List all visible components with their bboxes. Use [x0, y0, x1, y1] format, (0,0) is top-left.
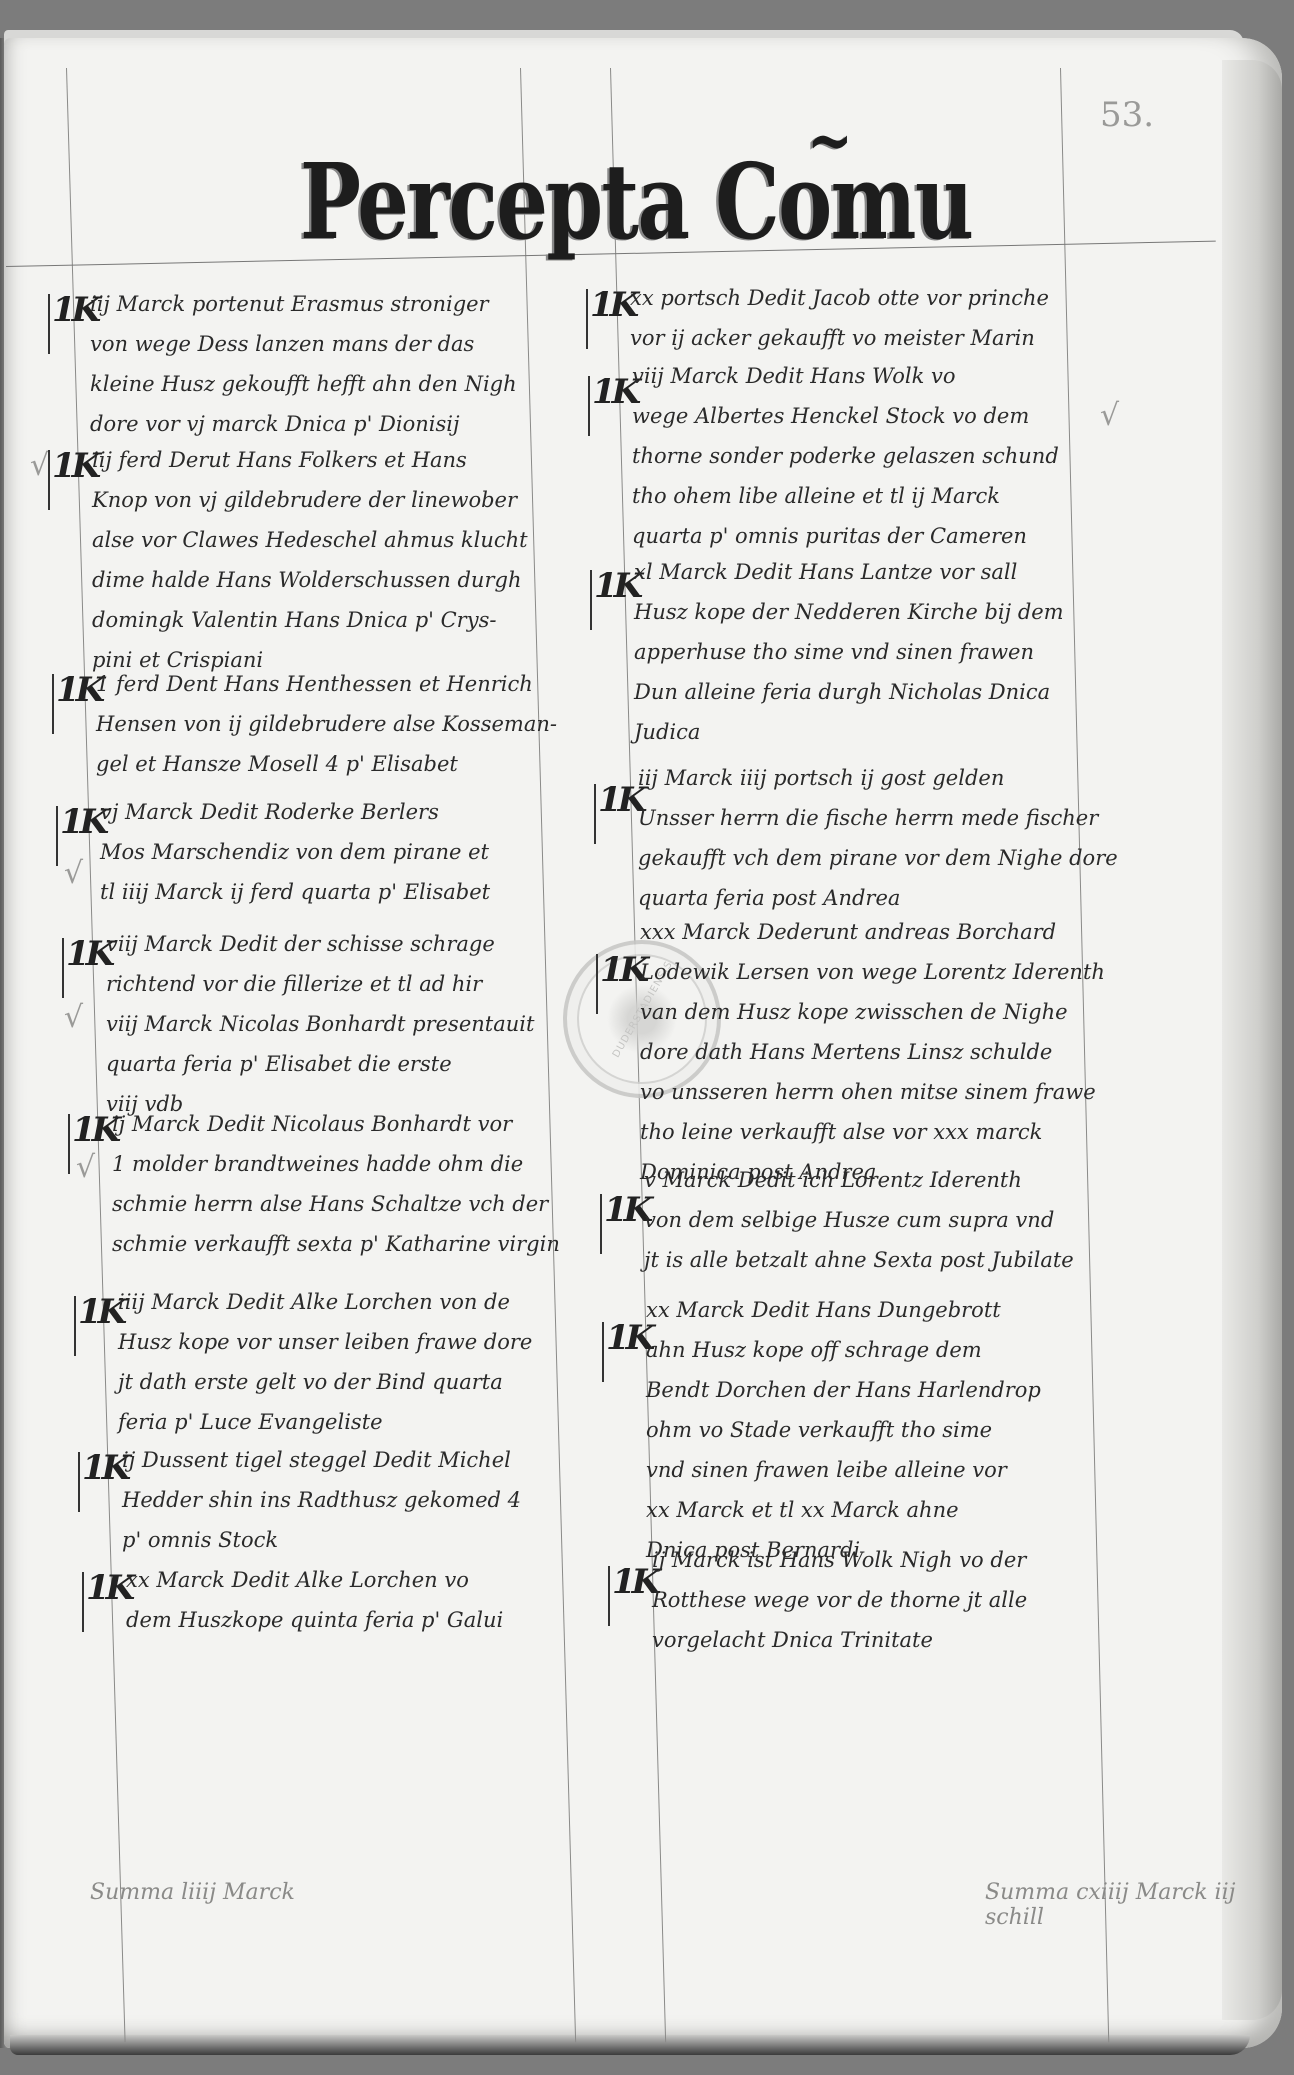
entry-line: gekaufft vch dem pirane vor dem Nighe do…	[638, 838, 1118, 878]
ledger-entry: 1 ferd Dent Hans Henthessen et Henrich H…	[96, 664, 557, 784]
entry-line: 1 ferd Dent Hans Henthessen et Henrich	[96, 664, 557, 704]
entry-marker: 1K	[78, 1292, 123, 1332]
entry-line: thorne sonder poderke gelaszen schund	[632, 436, 1059, 476]
entry-line: xx Marck et tl xx Marck ahne	[646, 1490, 1041, 1530]
entry-line: v Marck Dedit ich Lorentz Iderenth	[644, 1160, 1074, 1200]
abbreviation-mark: ~	[807, 98, 851, 181]
entry-line: Knop von vj gildebrudere der linewober	[92, 480, 528, 520]
entry-line: ij Marck ist Hans Wolk Nigh vo der	[652, 1540, 1027, 1580]
entry-line: gel et Hansze Mosell 4 p' Elisabet	[96, 744, 557, 784]
entry-marker: 1K	[612, 1562, 657, 1602]
entry-line: Husz kope der Nedderen Kirche bij dem	[634, 592, 1064, 632]
entry-line: iij ferd Derut Hans Folkers et Hans	[92, 440, 528, 480]
ledger-entry: ij Dussent tigel steggel Dedit Michel He…	[122, 1440, 521, 1560]
ledger-entry: viij Marck Dedit der schisse schrage ric…	[106, 924, 534, 1124]
entry-line: viij Marck Nicolas Bonhardt presentauit	[106, 1004, 534, 1044]
entry-marker: 1K	[598, 780, 643, 820]
entry-marker: 1K	[72, 1110, 117, 1150]
entry-line: Bendt Dorchen der Hans Harlendrop	[646, 1370, 1041, 1410]
entry-line: kleine Husz gekoufft hefft ahn den Nigh	[90, 364, 517, 404]
entry-line: vnd sinen frawen leibe alleine vor	[646, 1450, 1041, 1490]
entry-line: domingk Valentin Hans Dnica p' Crys-	[92, 600, 528, 640]
check-mark-icon: √	[64, 1000, 83, 1035]
entry-line: Hedder shin ins Radthusz gekomed 4	[122, 1480, 521, 1520]
entry-marker: 1K	[590, 285, 635, 325]
entry-line: dem Huszkope quinta feria p' Galui	[126, 1600, 503, 1640]
ledger-entry: ij Marck Dedit Nicolaus Bonhardt vor 1 m…	[112, 1104, 560, 1264]
ledger-entry: iiij Marck Dedit Alke Lorchen von de Hus…	[118, 1282, 532, 1442]
entry-line: p' omnis Stock	[122, 1520, 521, 1560]
entry-line: apperhuse tho sime vnd sinen frawen	[634, 632, 1064, 672]
entry-line: dore vor vj marck Dnica p' Dionisij	[90, 404, 517, 444]
ledger-entry: xl Marck Dedit Hans Lantze vor sall Husz…	[634, 552, 1064, 752]
entry-marker: 1K	[594, 566, 639, 606]
check-mark-icon: √	[64, 856, 83, 891]
entry-line: Unsser herrn die fische herrn mede fisch…	[638, 798, 1118, 838]
entry-line: Hensen von ij gildebrudere alse Kosseman…	[96, 704, 557, 744]
entry-line: tl iiij Marck ij ferd quarta p' Elisabet	[100, 872, 490, 912]
entry-line: Dun alleine feria durgh Nicholas Dnica	[634, 672, 1064, 712]
entry-line: alse vor Clawes Hedeschel ahmus klucht	[92, 520, 528, 560]
check-mark-icon: √	[1100, 398, 1119, 433]
entry-line: schmie herrn alse Hans Schaltze vch der	[112, 1184, 560, 1224]
ledger-entry: xx Marck Dedit Hans Dungebrott ahn Husz …	[646, 1290, 1041, 1570]
entry-line: viij Marck Dedit Hans Wolk vo	[632, 356, 1059, 396]
entry-line: vorgelacht Dnica Trinitate	[652, 1620, 1027, 1660]
entry-line: xxx Marck Dederunt andreas Borchard	[640, 912, 1105, 952]
ledger-entry: v Marck Dedit ich Lorentz Iderenth von d…	[644, 1160, 1074, 1280]
ledger-entry: xx portsch Dedit Jacob otte vor prinche …	[630, 278, 1049, 358]
entry-line: xx portsch Dedit Jacob otte vor prinche	[630, 278, 1049, 318]
entry-line: ij Dussent tigel steggel Dedit Michel	[122, 1440, 521, 1480]
entry-line: iij Marck iiij portsch ij gost gelden	[638, 758, 1118, 798]
entry-line: viij Marck Dedit der schisse schrage	[106, 924, 534, 964]
entry-line: ij Marck Dedit Nicolaus Bonhardt vor	[112, 1104, 560, 1144]
entry-line: van dem Husz kope zwisschen de Nighe	[640, 992, 1105, 1032]
ledger-entry: vj Marck Dedit Roderke Berlers Mos Marsc…	[100, 792, 490, 912]
entry-marker: 1K	[592, 372, 637, 412]
ledger-entry: iij ferd Derut Hans Folkers et Hans Knop…	[92, 440, 528, 680]
entry-line: tho leine verkaufft alse vor xxx marck	[640, 1112, 1105, 1152]
entry-line: Mos Marschendiz von dem pirane et	[100, 832, 490, 872]
entry-line: iiij Marck Dedit Alke Lorchen von de	[118, 1282, 532, 1322]
entry-line: iij Marck portenut Erasmus stroniger	[90, 284, 517, 324]
page-heading: Percepta Comu ~	[300, 140, 972, 263]
left-column-total: Summa liiij Marck	[90, 1880, 295, 1905]
entry-line: 1 molder brandtweines hadde ohm die	[112, 1144, 560, 1184]
entry-line: xx Marck Dedit Hans Dungebrott	[646, 1290, 1041, 1330]
ledger-entry: viij Marck Dedit Hans Wolk vo wege Alber…	[632, 356, 1059, 556]
entry-line: jt dath erste gelt vo der Bind quarta	[118, 1362, 532, 1402]
entry-marker: 1K	[604, 1190, 649, 1230]
entry-line: dore dath Hans Mertens Linsz schulde	[640, 1032, 1105, 1072]
check-mark-icon: √	[76, 1150, 95, 1185]
entry-line: vj Marck Dedit Roderke Berlers	[100, 792, 490, 832]
entry-line: jt is alle betzalt ahne Sexta post Jubil…	[644, 1240, 1074, 1280]
ledger-entry: xxx Marck Dederunt andreas Borchard Lode…	[640, 912, 1105, 1192]
entry-marker: 1K	[66, 934, 111, 974]
entry-line: von wege Dess lanzen mans der das	[90, 324, 517, 364]
entry-marker: 1K	[60, 802, 105, 842]
entry-marker: 1K	[600, 950, 645, 990]
entry-marker: 1K	[86, 1568, 131, 1608]
entry-line: vor ij acker gekaufft vo meister Marin	[630, 318, 1049, 358]
folio-number: 53.	[1100, 95, 1154, 135]
check-mark-icon: √	[30, 448, 49, 483]
entry-line: feria p' Luce Evangeliste	[118, 1402, 532, 1442]
entry-line: quarta p' omnis puritas der Cameren	[632, 516, 1059, 556]
entry-line: ahn Husz kope off schrage dem	[646, 1330, 1041, 1370]
entry-line: Rotthese wege vor de thorne jt alle	[652, 1580, 1027, 1620]
entry-line: Judica	[634, 712, 1064, 752]
entry-line: von dem selbige Husze cum supra vnd	[644, 1200, 1074, 1240]
entry-line: dime halde Hans Wolderschussen durgh	[92, 560, 528, 600]
entry-line: vo unsseren herrn ohen mitse sinem frawe	[640, 1072, 1105, 1112]
ledger-entry: iij Marck portenut Erasmus stroniger von…	[90, 284, 517, 444]
ledger-entry: iij Marck iiij portsch ij gost gelden Un…	[638, 758, 1118, 918]
page-bottom-edge	[10, 2035, 1250, 2055]
entry-line: richtend vor die fillerize et tl ad hir	[106, 964, 534, 1004]
entry-marker: 1K	[82, 1448, 127, 1488]
entry-line: wege Albertes Henckel Stock vo dem	[632, 396, 1059, 436]
entry-line: Husz kope vor unser leiben frawe dore	[118, 1322, 532, 1362]
entry-line: schmie verkaufft sexta p' Katharine virg…	[112, 1224, 560, 1264]
entry-line: ohm vo Stade verkaufft tho sime	[646, 1410, 1041, 1450]
page-fore-edge	[1222, 60, 1282, 2020]
entry-marker: 1K	[606, 1318, 651, 1358]
ledger-entry: ij Marck ist Hans Wolk Nigh vo der Rotth…	[652, 1540, 1027, 1660]
right-column-total: Summa cxiiij Marck iij schill	[985, 1880, 1294, 1930]
entry-marker: 1K	[56, 670, 101, 710]
entry-line: quarta feria p' Elisabet die erste	[106, 1044, 534, 1084]
entry-line: tho ohem libe alleine et tl ij Marck	[632, 476, 1059, 516]
entry-line: Lodewik Lersen von wege Lorentz Iderenth	[640, 952, 1105, 992]
entry-line: xx Marck Dedit Alke Lorchen vo	[126, 1560, 503, 1600]
entry-line: xl Marck Dedit Hans Lantze vor sall	[634, 552, 1064, 592]
heading-text: Percepta Comu	[300, 140, 972, 263]
entry-marker: 1K	[52, 446, 97, 486]
ledger-entry: xx Marck Dedit Alke Lorchen vo dem Huszk…	[126, 1560, 503, 1640]
